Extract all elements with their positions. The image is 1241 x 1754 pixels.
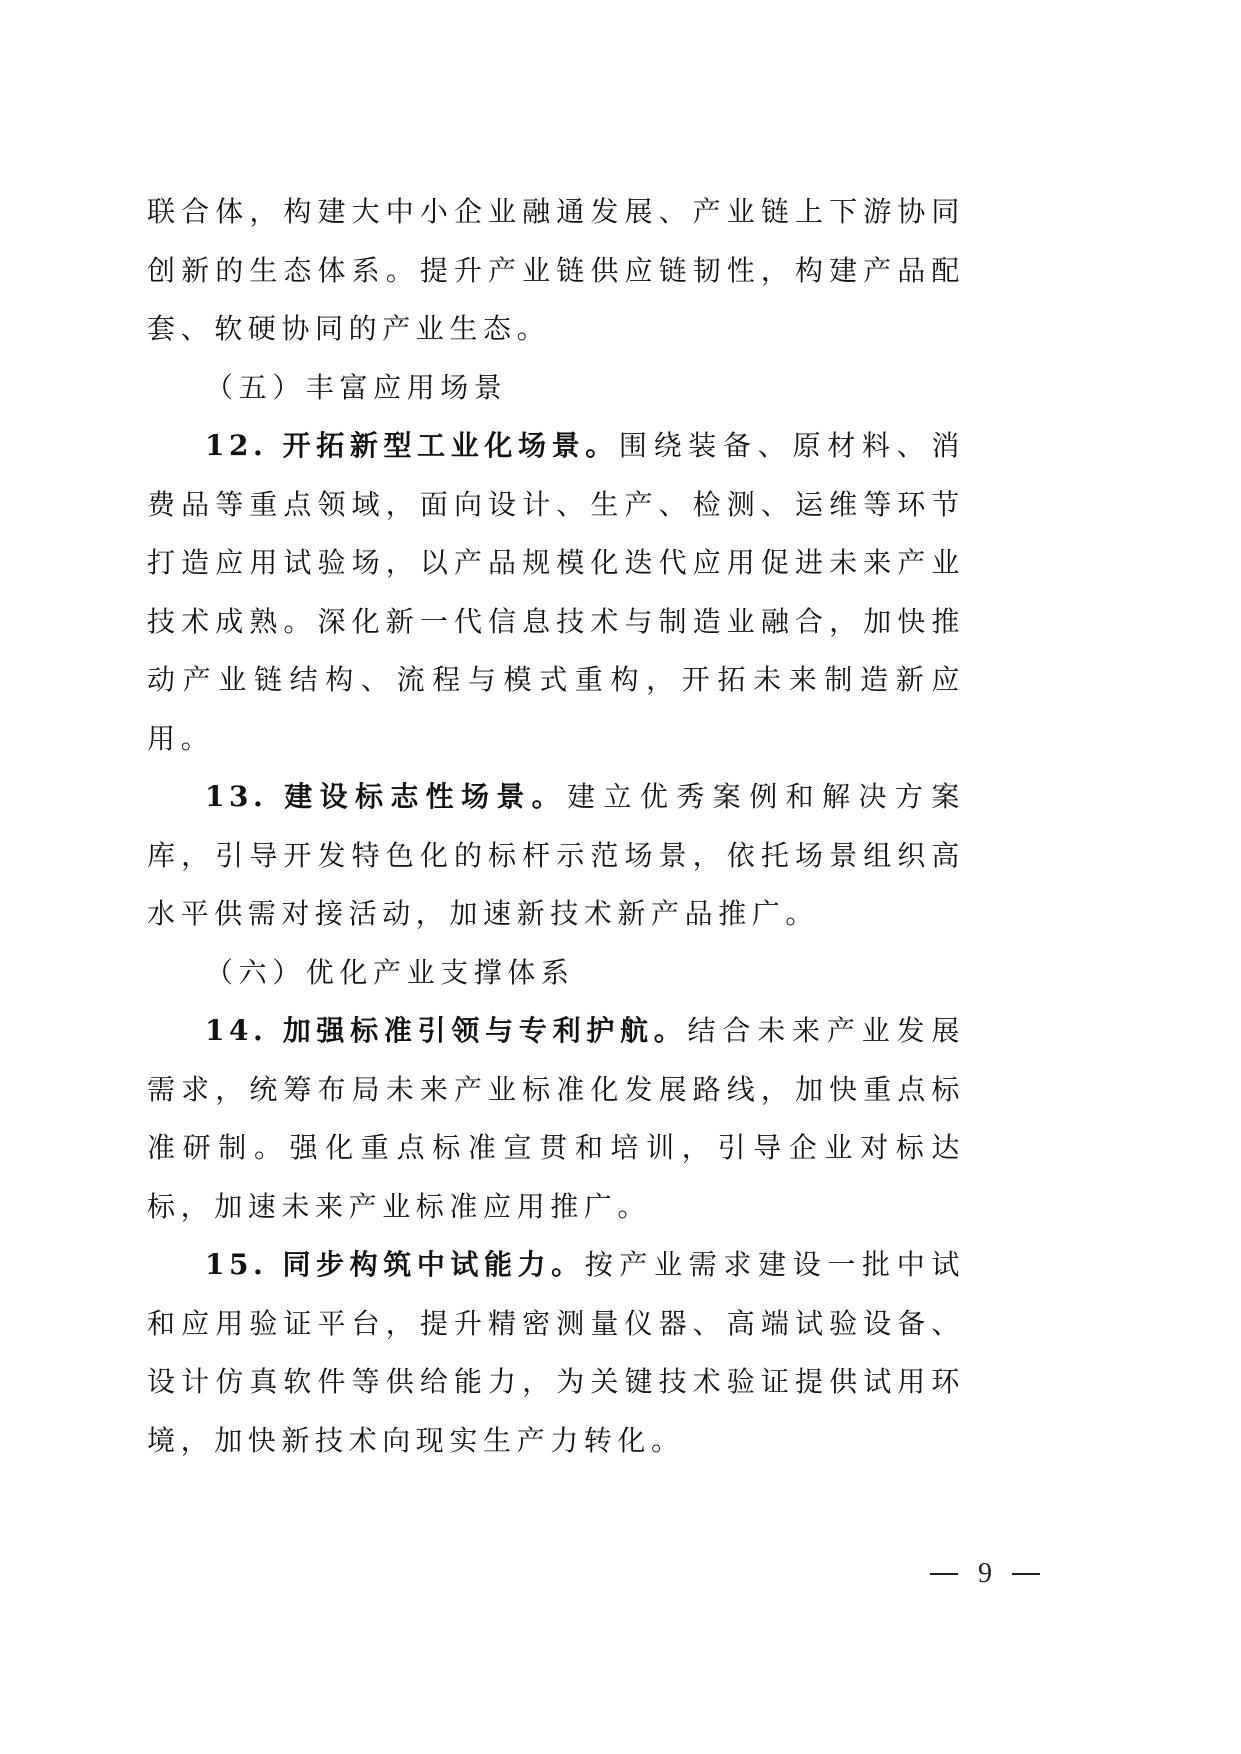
item-12: 12. 开拓新型工业化场景。围绕装备、原材料、消费品等重点领域，面向设计、生产、… bbox=[147, 417, 965, 768]
page-number-dash-left bbox=[930, 1573, 958, 1575]
item-12-title: 12. 开拓新型工业化场景。 bbox=[205, 429, 619, 462]
section-heading-6: （六）优化产业支撑体系 bbox=[147, 944, 965, 1003]
page-number: 9 bbox=[930, 1558, 1040, 1590]
item-13: 13. 建设标志性场景。建立优秀案例和解决方案库，引导开发特色化的标杆示范场景，… bbox=[147, 768, 965, 944]
item-13-title: 13. 建设标志性场景。 bbox=[205, 780, 567, 813]
section-heading-5: （五）丰富应用场景 bbox=[147, 359, 965, 418]
item-15-title: 15. 同步构筑中试能力。 bbox=[205, 1248, 585, 1281]
item-15: 15. 同步构筑中试能力。按产业需求建设一批中试和应用验证平台，提升精密测量仪器… bbox=[147, 1236, 965, 1470]
page-number-dash-right bbox=[1012, 1573, 1040, 1575]
item-14: 14. 加强标准引领与专利护航。结合未来产业发展需求，统筹布局未来产业标准化发展… bbox=[147, 1002, 965, 1236]
item-12-text: 围绕装备、原材料、消费品等重点领域，面向设计、生产、检测、运维等环节打造应用试验… bbox=[147, 429, 965, 755]
paragraph-continuation: 联合体，构建大中小企业融通发展、产业链上下游协同创新的生态体系。提升产业链供应链… bbox=[147, 183, 965, 359]
page-number-value: 9 bbox=[978, 1558, 992, 1590]
item-14-title: 14. 加强标准引领与专利护航。 bbox=[205, 1014, 688, 1047]
document-body: 联合体，构建大中小企业融通发展、产业链上下游协同创新的生态体系。提升产业链供应链… bbox=[147, 183, 965, 1470]
document-page: 联合体，构建大中小企业融通发展、产业链上下游协同创新的生态体系。提升产业链供应链… bbox=[0, 0, 1241, 1754]
